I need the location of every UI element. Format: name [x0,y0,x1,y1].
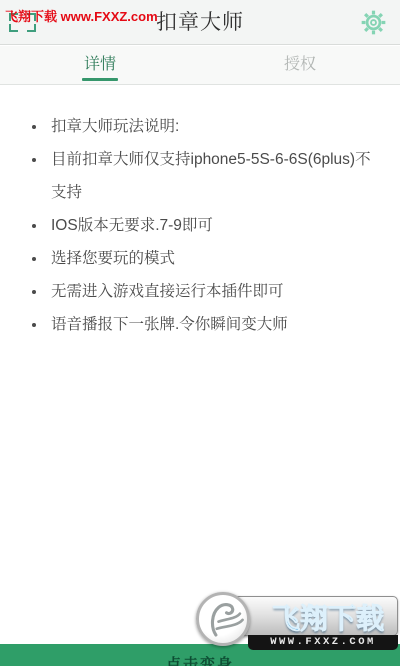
list-item: 无需进入游戏直接运行本插件即可 [47,275,386,308]
tab-details-label: 详情 [84,56,116,73]
site-logo-name: 飞翔下载 [260,597,396,637]
list-item: 语音播报下一张牌.令你瞬间变大师 [47,308,386,341]
active-tab-underline [82,78,118,81]
details-content: 扣章大师玩法说明: 目前扣章大师仅支持iphone5-5S-6-6S(6plus… [0,86,400,341]
tab-authorization[interactable]: 授权 [200,46,400,84]
header: 飞翔下载 www.FXXZ.com 扣章大师 [0,0,400,45]
app-screen: 飞翔下载 www.FXXZ.com 扣章大师 [0,0,400,666]
list-item: 目前扣章大师仅支持iphone5-5S-6-6S(6plus)不支持 [47,143,386,209]
site-logo: 飞翔下载 WWW.FXXZ.COM [196,592,398,650]
instruction-list: 扣章大师玩法说明: 目前扣章大师仅支持iphone5-5S-6-6S(6plus… [0,110,386,341]
tab-authorization-label: 授权 [284,56,316,73]
tab-bar: 详情 授权 [0,46,400,85]
swan-icon [196,592,250,646]
site-logo-domain: WWW.FXXZ.COM [248,635,398,650]
list-item: 选择您要玩的模式 [47,242,386,275]
list-item: IOS版本无要求.7-9即可 [47,209,386,242]
list-item: 扣章大师玩法说明: [47,110,386,143]
gear-icon[interactable] [360,9,387,36]
site-watermark-text: 飞翔下载 www.FXXZ.com [5,6,158,25]
bottom-action-label: 点击变身 [0,653,400,666]
tab-details[interactable]: 详情 [0,46,200,84]
